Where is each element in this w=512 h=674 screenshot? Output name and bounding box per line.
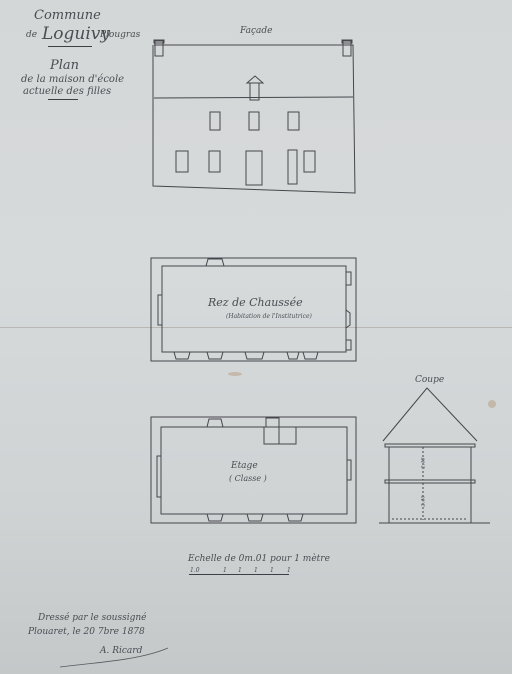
signature-flourish: [0, 0, 512, 674]
document-sheet: Commune de Loguivy Plougras Plan de la m…: [0, 0, 512, 674]
